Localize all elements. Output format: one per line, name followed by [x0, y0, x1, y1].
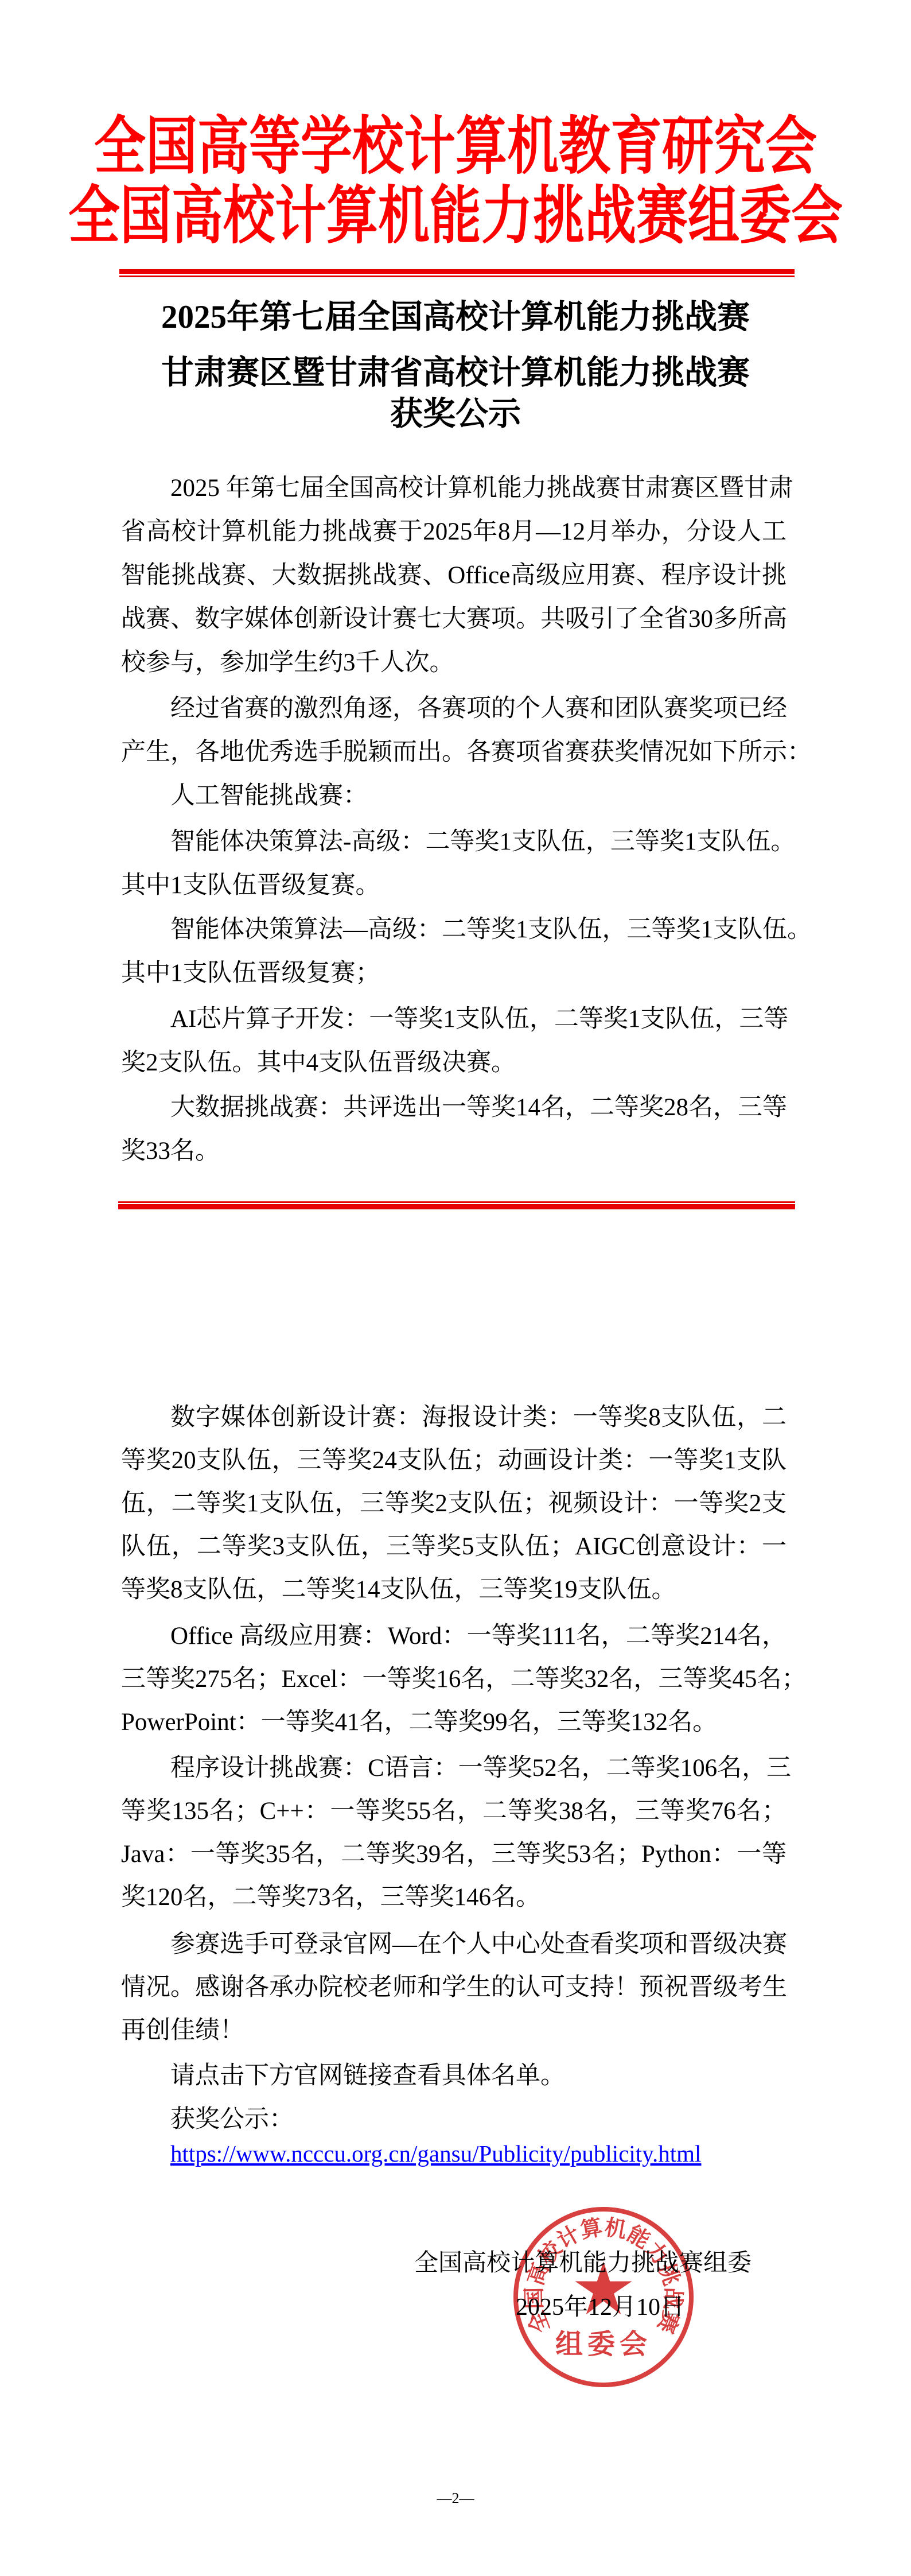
masthead-line-2: 全国高校计算机能力挑战赛组委会 — [0, 175, 911, 259]
star-icon — [575, 2261, 632, 2315]
paragraph-digital-media: 数字媒体创新设计赛：海报设计类：一等奖8支队伍，二 等奖20支队伍，三等奖24支… — [121, 1396, 787, 1611]
text-line: 三等奖275名；Excel：一等奖16名，二等奖32名，三等奖45名； — [121, 1658, 787, 1701]
text-line: 产生，各地优秀选手脱颖而出。各赛项省赛获奖情况如下所示： — [121, 731, 787, 774]
section-heading-ai-challenge: 人工智能挑战赛： — [121, 774, 787, 818]
paragraph-agent-decision-1: 智能体决策算法-高级：二等奖1支队伍，三等奖1支队伍。 其中1支队伍晋级复赛。 — [121, 820, 787, 907]
document-title-line-3: 获奖公示 — [0, 394, 911, 434]
text-line: 其中1支队伍晋级复赛； — [121, 952, 787, 995]
text-line: 2025 年第七届全国高校计算机能力挑战赛甘肃赛区暨甘肃 — [121, 467, 787, 510]
text-line: 数字媒体创新设计赛：海报设计类：一等奖8支队伍，二 — [121, 1396, 787, 1439]
text-line: 智能体决策算法—高级：二等奖1支队伍，三等奖1支队伍。 — [121, 908, 787, 952]
text-line: 智能挑战赛、大数据挑战赛、Office高级应用赛、程序设计挑 — [121, 554, 787, 598]
paragraph-office-advanced: Office 高级应用赛：Word：一等奖111名，二等奖214名， 三等奖27… — [121, 1615, 787, 1744]
text-line: 程序设计挑战赛：C语言：一等奖52名，二等奖106名，三 — [121, 1747, 787, 1790]
text-line: Java：一等奖35名，二等奖39名，三等奖53名；Python：一等 — [121, 1833, 787, 1876]
paragraph-link-instruction: 请点击下方官网链接查看具体名单。 — [121, 2054, 787, 2097]
paragraph-closing-remarks: 参赛选手可登录官网—在个人中心处查看奖项和晋级决赛 情况。感谢各承办院校老师和学… — [121, 1923, 787, 2052]
text-line: 经过省赛的激烈角逐，各赛项的个人赛和团队赛奖项已经 — [121, 687, 787, 731]
page-number: —2— — [0, 2489, 911, 2508]
masthead-rule-thin — [119, 276, 795, 277]
text-line: 队伍，二等奖3支队伍，三等奖5支队伍；AIGC创意设计：一 — [121, 1525, 787, 1568]
text-line: 奖120名，二等奖73名，三等奖146名。 — [121, 1876, 787, 1919]
text-line: AI芯片算子开发：一等奖1支队伍，二等奖1支队伍，三等 — [121, 998, 787, 1041]
text-line: 伍，二等奖1支队伍，三等奖2支队伍；视频设计：一等奖2支 — [121, 1482, 787, 1525]
text-line: 参赛选手可登录官网—在个人中心处查看奖项和晋级决赛 — [121, 1923, 787, 1966]
text-line: 等奖20支队伍，三等奖24支队伍；动画设计类：一等奖1支队 — [121, 1439, 787, 1482]
text-line: 校参与，参加学生约3千人次。 — [121, 641, 787, 685]
paragraph-results-summary: 经过省赛的激烈角逐，各赛项的个人赛和团队赛奖项已经 产生，各地优秀选手脱颖而出。… — [121, 687, 787, 774]
text-line: 情况。感谢各承办院校老师和学生的认可支持！预祝晋级考生 — [121, 1966, 787, 2009]
text-line: 省高校计算机能力挑战赛于2025年8月—12月举办，分设人工 — [121, 510, 787, 554]
document-title-line-1: 2025年第七届全国高校计算机能力挑战赛 — [0, 297, 911, 337]
publicity-link[interactable]: https://www.ncccu.org.cn/gansu/Publicity… — [170, 2132, 701, 2175]
paragraph-intro: 2025 年第七届全国高校计算机能力挑战赛甘肃赛区暨甘肃 省高校计算机能力挑战赛… — [121, 467, 787, 685]
text-line: 其中1支队伍晋级复赛。 — [121, 864, 787, 907]
document-page: 全国高等学校计算机教育研究会 全国高校计算机能力挑战赛组委会 2025年第七届全… — [0, 0, 911, 2576]
text-line: 等奖135名；C++：一等奖55名，二等奖38名，三等奖76名； — [121, 1790, 787, 1833]
text-line: Office 高级应用赛：Word：一等奖111名，二等奖214名， — [121, 1615, 787, 1658]
text-line: 战赛、数字媒体创新设计赛七大赛项。共吸引了全省30多所高 — [121, 598, 787, 641]
document-title-line-2: 甘肃赛区暨甘肃省高校计算机能力挑战赛 — [0, 353, 911, 393]
text-line: PowerPoint：一等奖41名，二等奖99名，三等奖132名。 — [121, 1701, 787, 1744]
paragraph-big-data-challenge: 大数据挑战赛：共评选出一等奖14名，二等奖28名，三等 奖33名。 — [121, 1086, 787, 1173]
paragraph-programming-challenge: 程序设计挑战赛：C语言：一等奖52名，二等奖106名，三 等奖135名；C++：… — [121, 1747, 787, 1919]
footer-rule-thin — [118, 1201, 795, 1203]
text-line: 大数据挑战赛：共评选出一等奖14名，二等奖28名，三等 — [121, 1086, 787, 1130]
masthead-rule-thick — [119, 269, 795, 274]
official-seal-stamp: 全国高校计算机能力挑战赛 组委会 — [512, 2205, 695, 2389]
text-line: 人工智能挑战赛： — [121, 774, 787, 818]
text-line: 等奖8支队伍，二等奖14支队伍，三等奖19支队伍。 — [121, 1568, 787, 1611]
text-line: 请点击下方官网链接查看具体名单。 — [121, 2054, 787, 2097]
paragraph-agent-decision-2: 智能体决策算法—高级：二等奖1支队伍，三等奖1支队伍。 其中1支队伍晋级复赛； — [121, 908, 787, 995]
text-line: 奖33名。 — [121, 1130, 787, 1173]
text-line: 智能体决策算法-高级：二等奖1支队伍，三等奖1支队伍。 — [121, 820, 787, 864]
stamp-center-text: 组委会 — [555, 2328, 652, 2360]
paragraph-ai-chip-operator: AI芯片算子开发：一等奖1支队伍，二等奖1支队伍，三等 奖2支队伍。其中4支队伍… — [121, 998, 787, 1085]
footer-rule-thick — [118, 1204, 795, 1209]
text-line: 奖2支队伍。其中4支队伍晋级决赛。 — [121, 1041, 787, 1085]
text-line: 再创佳绩！ — [121, 2009, 787, 2052]
